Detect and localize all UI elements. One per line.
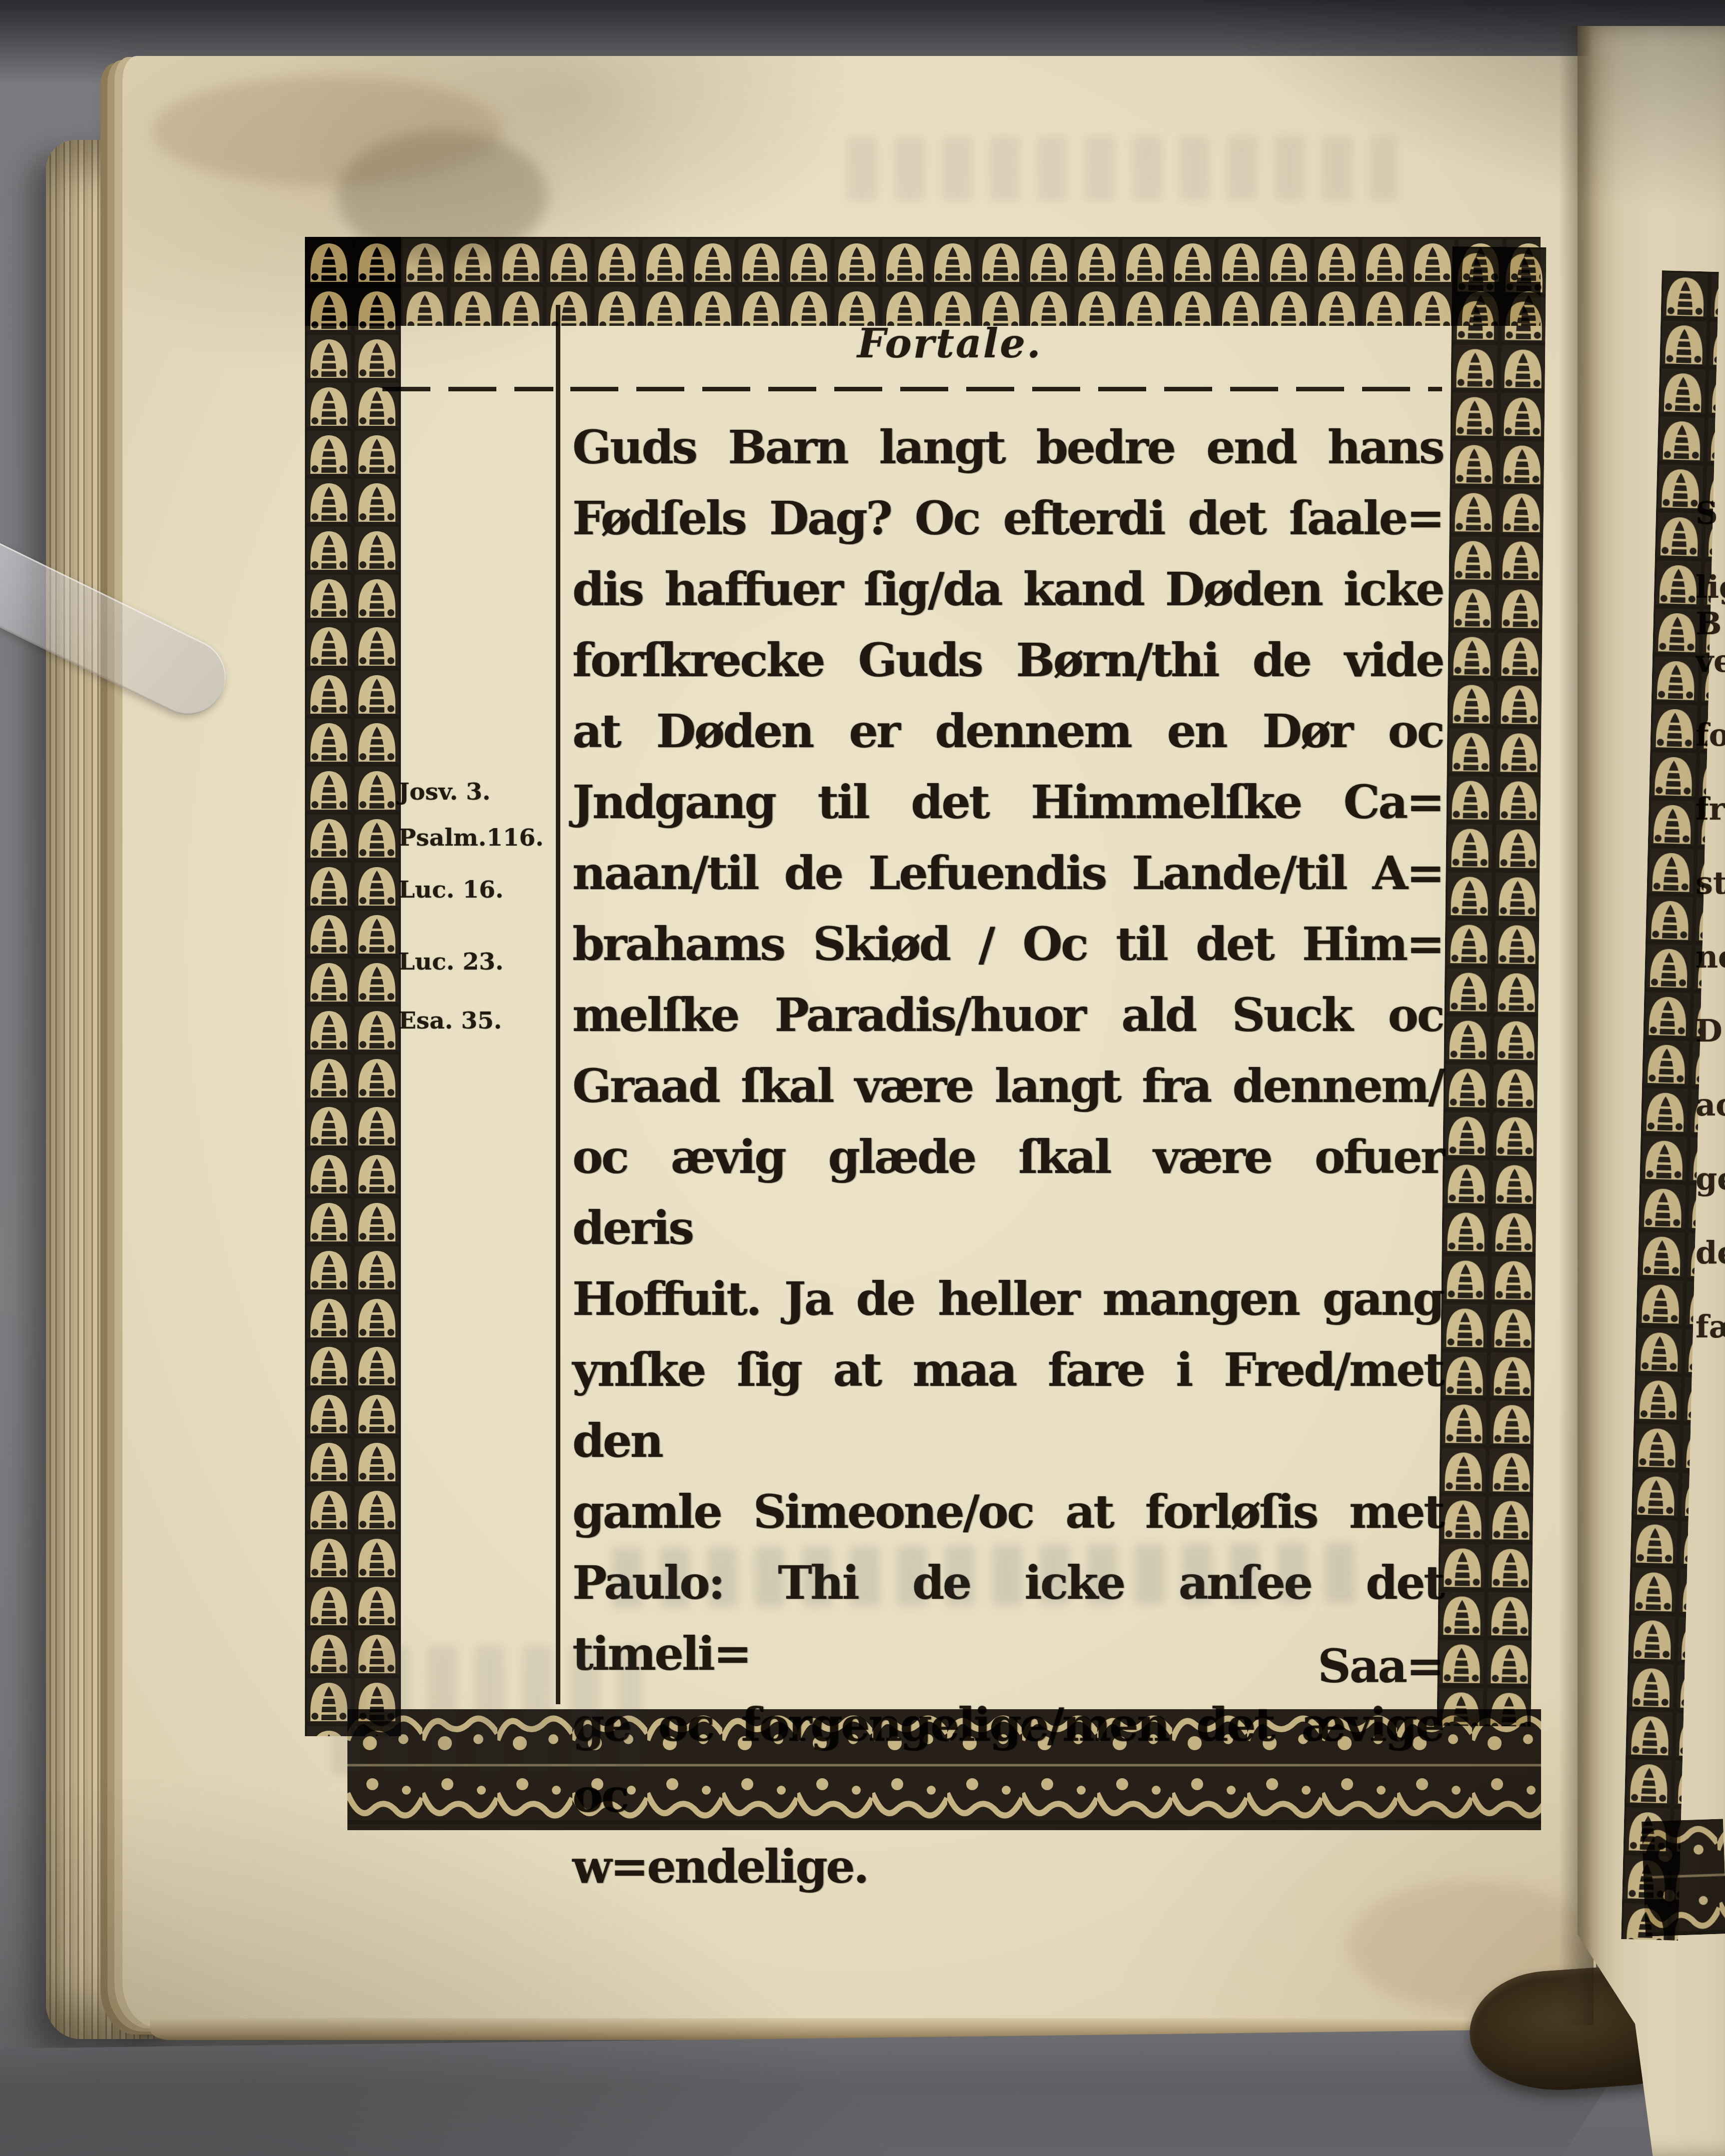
facing-page-text-fragment: ac bbox=[1696, 1086, 1725, 1160]
body-text-line: ynſke ſig at maa fare i Fred/met den bbox=[572, 1334, 1443, 1476]
body-text-line: Graad ſkal være langt fra dennem/ bbox=[572, 1051, 1443, 1121]
body-text-line: at Døden er dennem en Dør oc bbox=[572, 696, 1443, 767]
body-text-line: brahams Skiød / Oc til det Him= bbox=[572, 909, 1443, 980]
facing-page-text-fragment: lig B bbox=[1696, 569, 1725, 643]
decorative-border-left bbox=[305, 237, 401, 1736]
catchword: Saa= bbox=[572, 1639, 1443, 1693]
facing-page-text-fragment: D bbox=[1696, 1013, 1725, 1086]
body-text-line: ge oc forgengelige/men det ævige oc bbox=[572, 1689, 1443, 1831]
bleedthrough-ghost bbox=[847, 136, 1397, 201]
facing-page-bottom-border bbox=[1642, 1819, 1725, 1937]
header-rule-left-segment bbox=[382, 387, 553, 391]
decorative-border-top bbox=[305, 237, 1541, 326]
body-text-line: oc ævig glæde ſkal være ofuer deris bbox=[572, 1121, 1443, 1263]
margin-column-rule bbox=[556, 305, 560, 1704]
page-header-fortale: Fortale. bbox=[570, 320, 1330, 367]
body-text-line: forſkrecke Guds Børn/thi de vide bbox=[572, 625, 1443, 696]
body-text-line: w=endelige. bbox=[572, 1831, 1443, 1902]
facing-page-text-fragments: Slig BvedforfrystunelDacgedelfæ bbox=[1696, 495, 1725, 1382]
facing-page-text-fragment: fæ bbox=[1696, 1308, 1725, 1382]
body-text-line: melſke Paradis/huor ald Suck oc bbox=[572, 980, 1443, 1051]
desk-surface bbox=[0, 2028, 1645, 2156]
body-text-line: dis haffuer ſig/da kand Døden icke bbox=[572, 554, 1443, 625]
margin-notes: Josv. 3.Psalm.116.Luc. 16.Luc. 23.Esa. 3… bbox=[398, 777, 553, 1037]
body-text-line: Fødſels Dag? Oc efterdi det ſaale= bbox=[572, 483, 1443, 554]
body-text-line: naan/til de Lefuendis Lande/til A= bbox=[572, 838, 1443, 909]
paper-stain bbox=[152, 76, 502, 186]
facing-page-text-fragment: stu bbox=[1696, 865, 1725, 939]
margin-note: Luc. 16. bbox=[398, 875, 553, 906]
facing-page-text-fragment: for bbox=[1696, 717, 1725, 791]
facing-page-edge: Slig BvedforfrystunelDacgedelfæ bbox=[1578, 26, 1725, 2156]
facing-page-text-fragment: fry bbox=[1696, 791, 1725, 865]
body-text-line: Hoffuit. Ja de heller mangen gang bbox=[572, 1263, 1443, 1334]
body-text-line: Jndgang til det Himmelſke Ca= bbox=[572, 767, 1443, 838]
margin-note: Luc. 23. bbox=[398, 947, 553, 978]
facing-page-text-fragment: nel bbox=[1696, 939, 1725, 1013]
body-text-line: gamle Simeone/oc at forløſis met bbox=[572, 1476, 1443, 1547]
facing-page-text-fragment: ge bbox=[1696, 1160, 1725, 1234]
decorative-border-right bbox=[1437, 246, 1547, 1727]
header-rule-right-segment bbox=[570, 387, 1442, 391]
margin-note: Psalm.116. bbox=[398, 823, 553, 854]
margin-note: Esa. 35. bbox=[398, 1006, 553, 1037]
facing-page-text-fragment: S bbox=[1696, 495, 1725, 569]
facing-page-text-fragment: del bbox=[1696, 1234, 1725, 1308]
facing-page-text-fragment: ved bbox=[1696, 643, 1725, 717]
book-page: Fortale. Josv. 3.Psalm.116.Luc. 16.Luc. … bbox=[122, 56, 1596, 2028]
body-text-line: Guds Barn langt bedre end hans bbox=[572, 412, 1443, 483]
margin-note: Josv. 3. bbox=[398, 777, 553, 808]
photo-of-open-book: Fortale. Josv. 3.Psalm.116.Luc. 16.Luc. … bbox=[0, 0, 1725, 2156]
